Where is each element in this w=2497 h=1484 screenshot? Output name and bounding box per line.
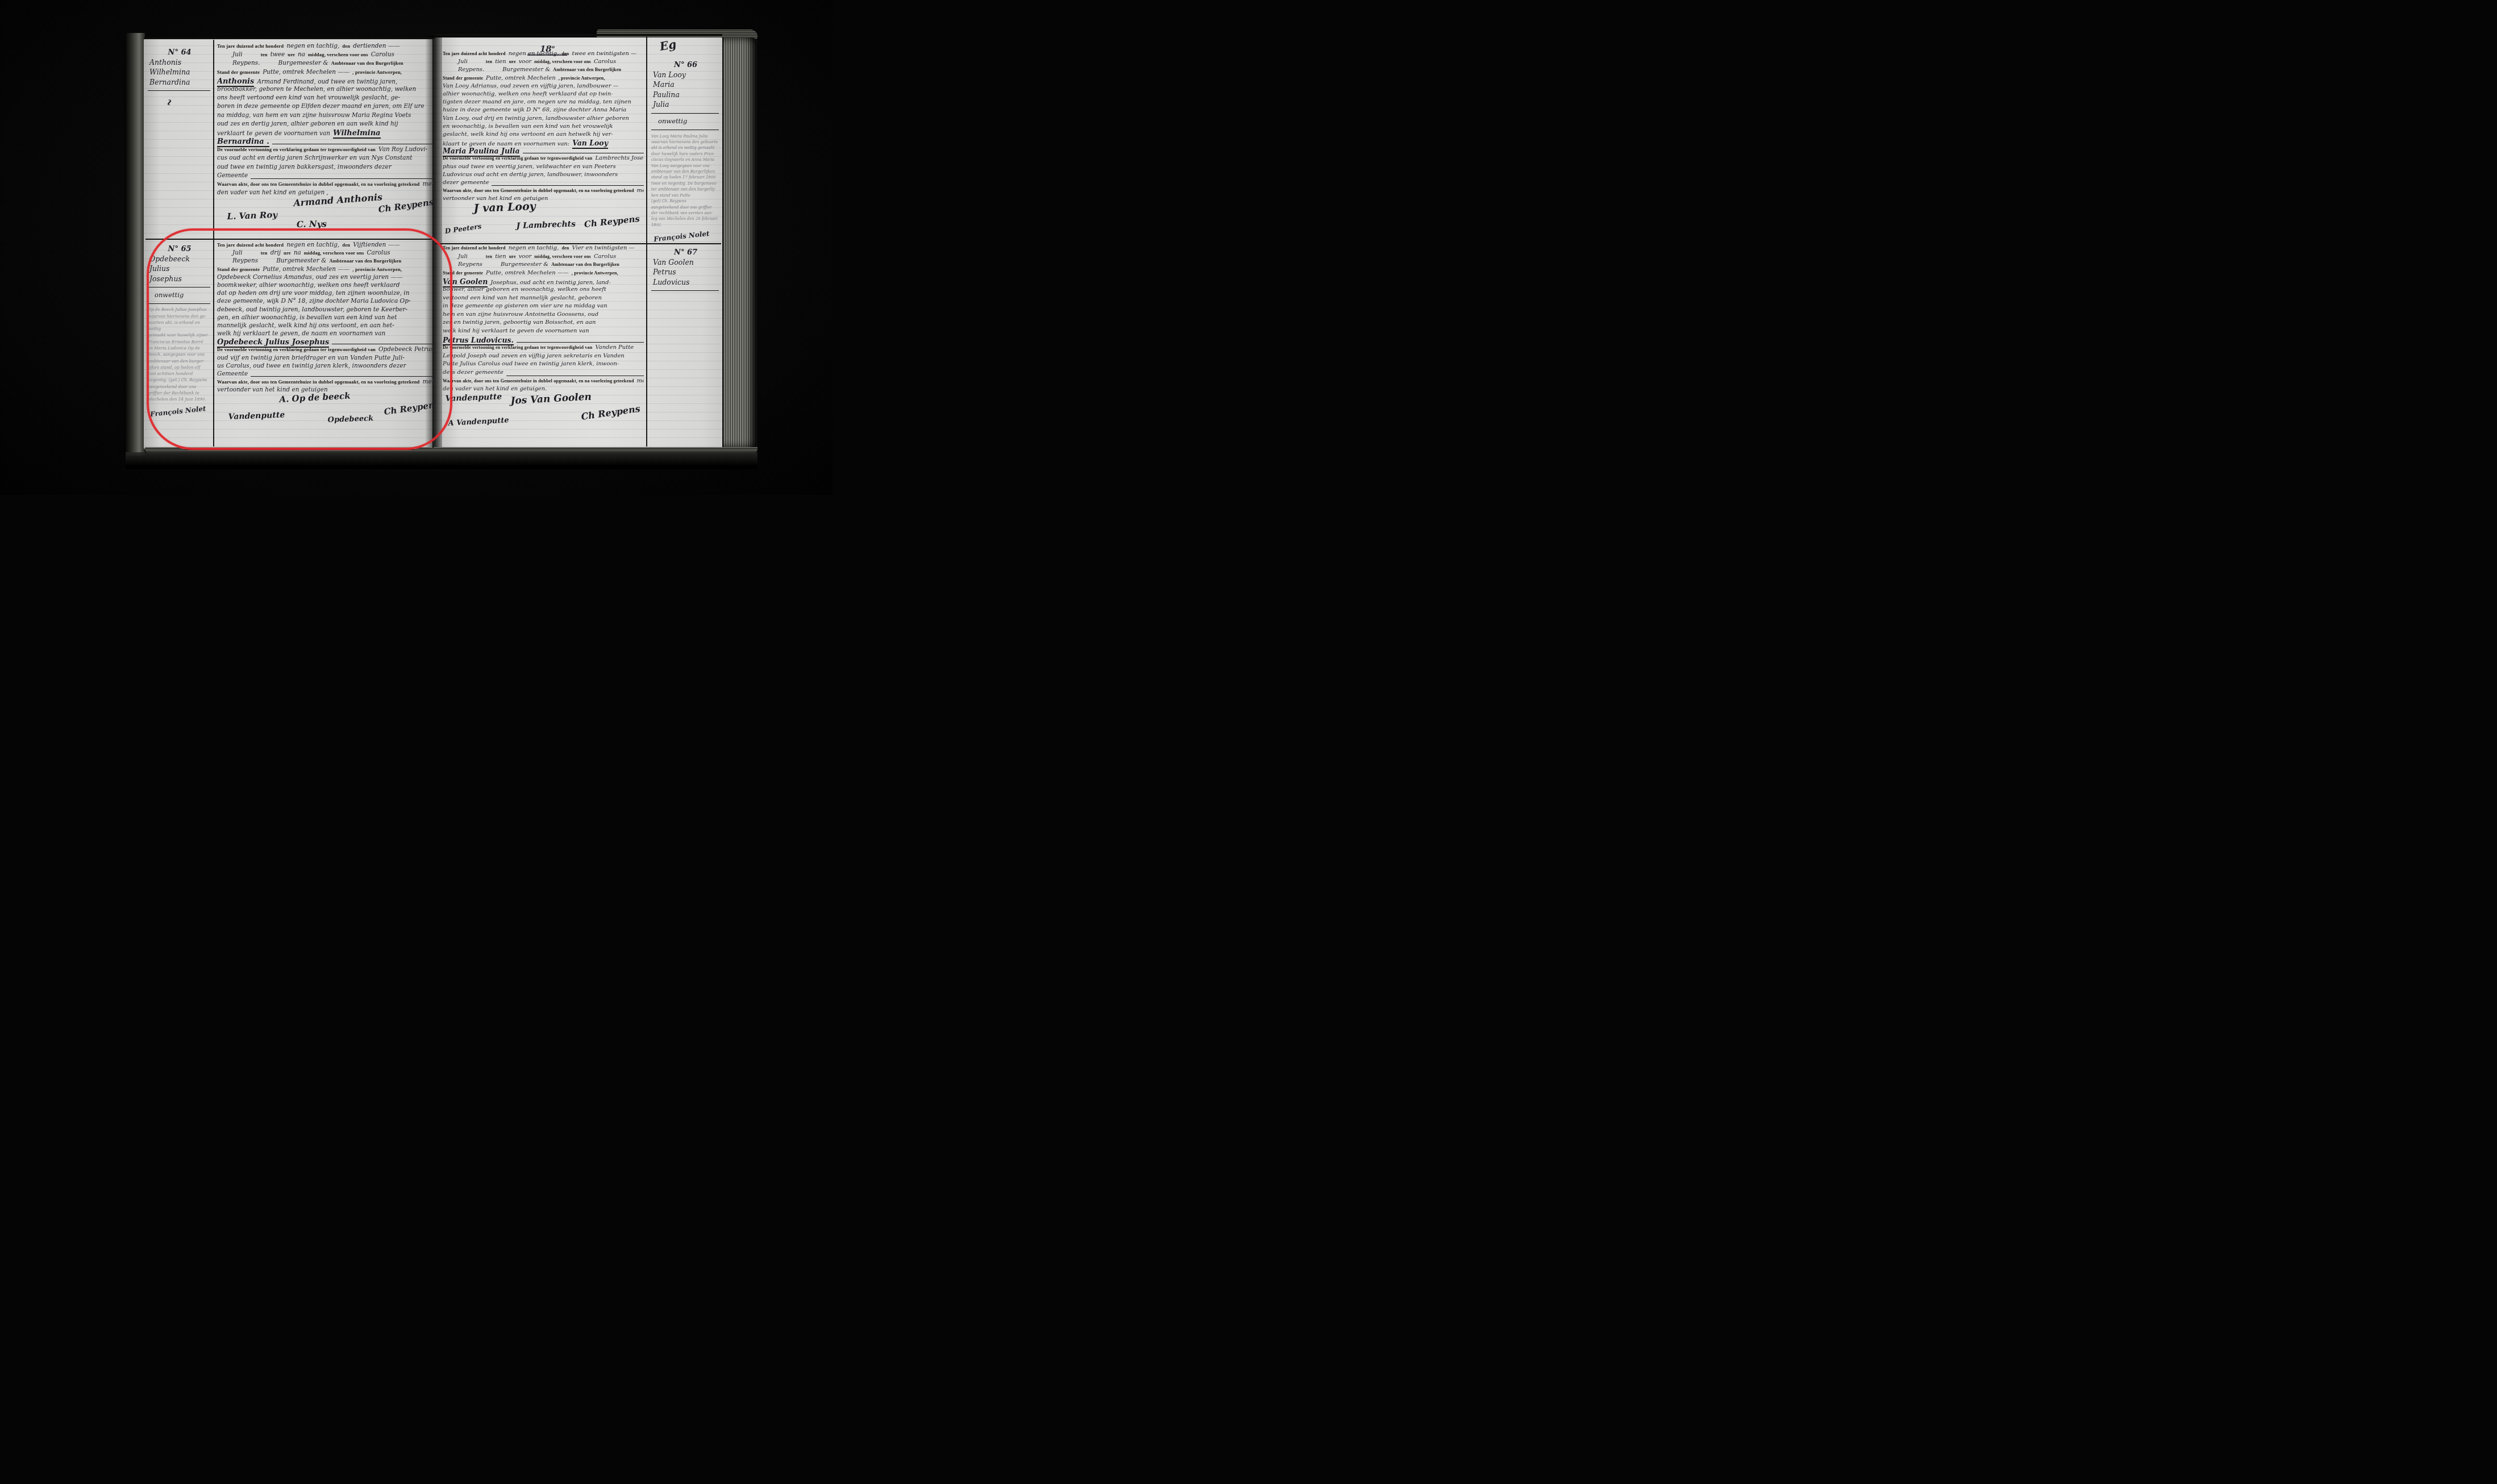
act-number: N° 66 bbox=[651, 60, 720, 70]
margin-line: ciscus Goyvaerts en Anna Maria bbox=[651, 157, 720, 162]
signature: J Lambrechts bbox=[516, 219, 576, 231]
margin-line: Maria bbox=[651, 80, 720, 89]
margin-line: aangeteekend door ons griffier bbox=[651, 205, 720, 210]
signature: Ch Reypens bbox=[580, 403, 640, 422]
margin-line: twee en negentig. De burgemees- bbox=[651, 181, 720, 186]
registry-book-scan: 18o N° 64 AnthonisWilhelminaBernardina T… bbox=[0, 0, 833, 495]
signature: Vandenputte bbox=[445, 393, 502, 403]
right-margin-rule bbox=[646, 36, 647, 447]
margin-line: Julia bbox=[651, 99, 720, 109]
margin-line: Van Looy bbox=[651, 70, 720, 80]
act-margin-names: Van GoolenPetrusLudovicus bbox=[651, 257, 720, 287]
margin-line: door huwelijk hare ouders Fran- bbox=[651, 151, 720, 157]
signature: L. Van Roy bbox=[227, 210, 277, 222]
margin-line: (get) Ch. Reypens bbox=[651, 198, 720, 204]
right-page-act-divider bbox=[435, 243, 721, 244]
margin-line: Van Goolen bbox=[651, 257, 720, 267]
margin-line: stand op heden 17 februari 1800 bbox=[651, 174, 720, 180]
signature: Jos Van Goolen bbox=[510, 391, 592, 407]
margin-line: der rechtbank van eersten aan- bbox=[651, 210, 720, 216]
margin-line: Wilhelmina bbox=[148, 67, 211, 77]
margin-divider-rule bbox=[148, 90, 210, 91]
legitimacy-status: onwettig bbox=[651, 116, 720, 126]
margin-line: ter ambtenaar van den burgerlij- bbox=[651, 186, 720, 192]
act-64-signatures: Armand AnthonisL. Van RoyC. NysCh Reypen… bbox=[217, 43, 433, 239]
margin-line: Ludovicus bbox=[651, 277, 720, 287]
right-page-top-rule bbox=[434, 34, 722, 36]
book-spine-edge bbox=[124, 33, 145, 456]
act-66-margin: N° 66 Van LooyMariaPaulinaJulia onwettig… bbox=[651, 43, 720, 241]
margin-line: Petrus bbox=[651, 267, 720, 277]
act-number: N° 67 bbox=[651, 248, 720, 257]
signature: Ch Reypens bbox=[377, 197, 433, 215]
red-highlight-annotation bbox=[147, 228, 452, 450]
left-page-top-rule bbox=[144, 37, 434, 39]
act-67-margin: N° 67 Van GoolenPetrusLudovicus bbox=[651, 248, 720, 293]
margin-line: Van Looy aangegaan voor ons bbox=[651, 163, 720, 169]
margin-line: Bernardina bbox=[148, 77, 211, 87]
signature: A Vandenputte bbox=[448, 416, 509, 428]
act-64-margin: N° 64 AnthonisWilhelminaBernardina bbox=[148, 48, 211, 93]
margin-line: ambtenaar van den Burgerlijken bbox=[651, 169, 720, 174]
signature: D Peeters bbox=[444, 222, 482, 235]
margin-line: Van Looy Maria Paulina Julia bbox=[651, 134, 720, 139]
act-number: N° 64 bbox=[148, 48, 211, 57]
margin-divider-rule bbox=[651, 290, 719, 291]
margin-divider-rule bbox=[651, 113, 719, 114]
signature: J van Looy bbox=[473, 200, 536, 215]
signature: Ch Reypens bbox=[584, 214, 640, 230]
page-stack-fore-edge bbox=[722, 37, 758, 448]
page-number-superscript: o bbox=[552, 44, 555, 49]
margin-line: leg van Mechelen den 26 februari 1892 bbox=[651, 216, 720, 228]
marginal-annotation: Van Looy Maria Paulina Juliawaarvan hier… bbox=[651, 134, 720, 228]
signature: Armand Anthonis bbox=[293, 191, 383, 209]
margin-line: waarvan hiernevens den geboorte bbox=[651, 139, 720, 145]
act-67-signatures: VandenputteJos Van GoolenA VandenputteCh… bbox=[443, 245, 644, 447]
margin-line: ken stand van Putte bbox=[651, 193, 720, 198]
act-margin-names: Van LooyMariaPaulinaJulia bbox=[651, 70, 720, 110]
act-margin-names: AnthonisWilhelminaBernardina bbox=[148, 57, 211, 87]
margin-line: Anthonis bbox=[148, 57, 211, 67]
margin-line: akt is erkend en wettig gemaakt bbox=[651, 145, 720, 151]
margin-divider-rule bbox=[651, 130, 719, 130]
margin-line: Paulina bbox=[651, 90, 720, 99]
marginal-annotation-signature: François Nolet bbox=[654, 230, 710, 243]
book-bottom-shadow bbox=[126, 452, 758, 469]
act-66-signatures: J van LooyJ LambrechtsD PeetersCh Reypen… bbox=[443, 51, 644, 242]
